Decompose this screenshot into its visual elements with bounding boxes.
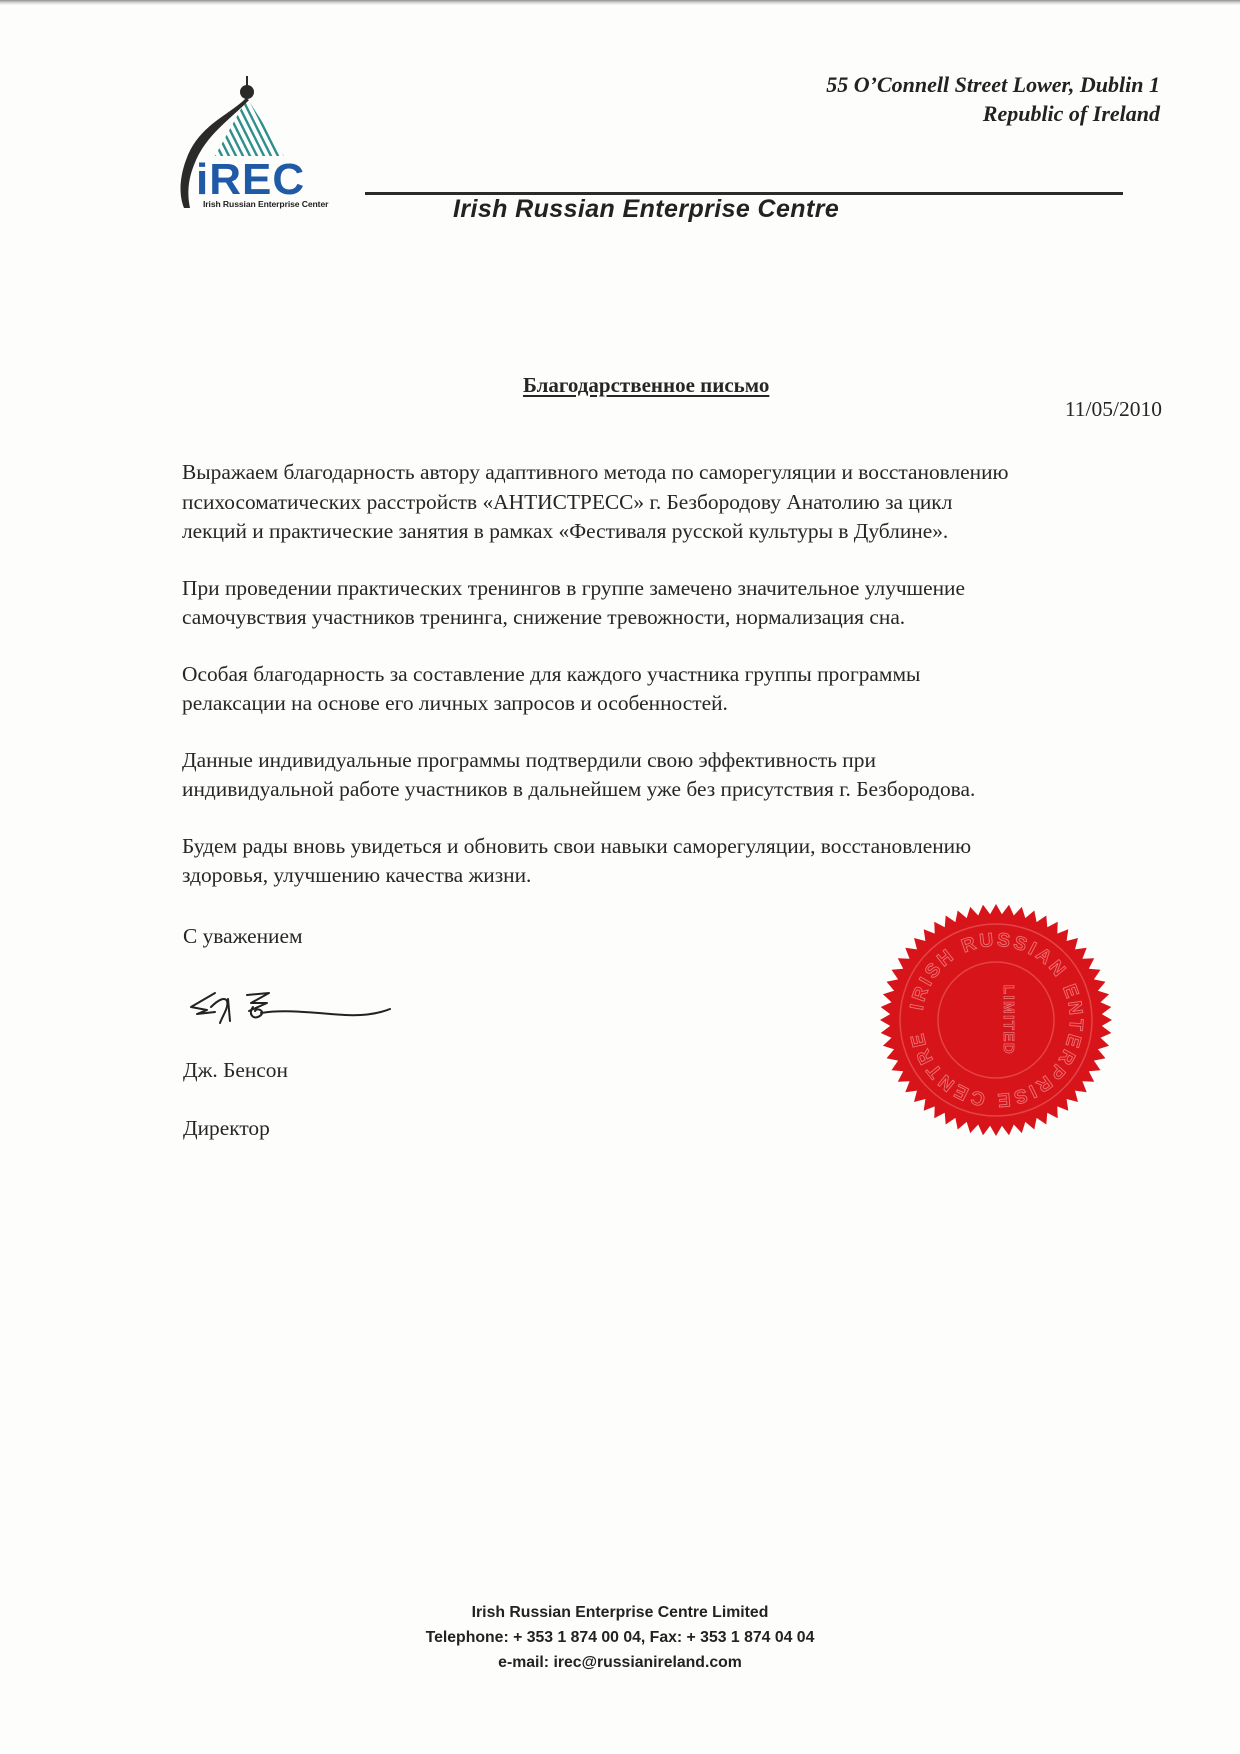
logo-subtitle: Irish Russian Enterprise Center <box>203 199 328 209</box>
paragraph-line: самочувствия участников тренинга, снижен… <box>182 603 1182 633</box>
signature-icon <box>185 985 395 1035</box>
address-line: Republic of Ireland <box>826 99 1160 128</box>
paragraph-line: здоровья, улучшению качества жизни. <box>182 861 1182 891</box>
seal-center-text: LIMITED <box>1000 985 1017 1056</box>
paragraph: Особая благодарность за составление для … <box>182 660 1182 719</box>
paragraph-line: психосоматических расстройств «АНТИСТРЕС… <box>182 488 1182 518</box>
company-name: Irish Russian Enterprise Centre <box>453 195 839 224</box>
letter-title: Благодарственное письмо <box>523 373 769 398</box>
signer-title: Директор <box>183 1116 270 1141</box>
paragraph-line: лекций и практические занятия в рамках «… <box>182 517 1182 547</box>
paragraph-line: Будем рады вновь увидеться и обновить св… <box>182 832 1182 862</box>
paragraph-line: индивидуальной работе участников в дальн… <box>182 775 1182 805</box>
paragraph: Будем рады вновь увидеться и обновить св… <box>182 832 1182 891</box>
address-line: 55 O’Connell Street Lower, Dublin 1 <box>826 70 1160 99</box>
footer-email: e-mail: irec@russianireland.com <box>0 1650 1240 1675</box>
wax-seal-icon: IRISH RUSSIAN ENTERPRISE CENTRE * LIMITE… <box>876 900 1116 1140</box>
closing: С уважением <box>183 924 303 949</box>
paragraph: При проведении практических тренингов в … <box>182 574 1182 633</box>
letter-body: Выражаем благодарность автору адаптивног… <box>182 458 1182 918</box>
address-block: 55 O’Connell Street Lower, Dublin 1 Repu… <box>826 70 1160 128</box>
paragraph-line: Выражаем благодарность автору адаптивног… <box>182 458 1182 488</box>
footer-company: Irish Russian Enterprise Centre Limited <box>0 1600 1240 1625</box>
letter-date: 11/05/2010 <box>1065 397 1162 422</box>
paragraph-line: Данные индивидуальные программы подтверд… <box>182 746 1182 776</box>
onion-dome-icon: iREC <box>170 70 370 220</box>
paragraph-line: Особая благодарность за составление для … <box>182 660 1182 690</box>
signer-name: Дж. Бенсон <box>183 1058 288 1083</box>
footer-contacts: Telephone: + 353 1 874 00 04, Fax: + 353… <box>0 1625 1240 1650</box>
paragraph: Выражаем благодарность автору адаптивног… <box>182 458 1182 547</box>
paragraph-line: При проведении практических тренингов в … <box>182 574 1182 604</box>
paragraph: Данные индивидуальные программы подтверд… <box>182 746 1182 805</box>
footer: Irish Russian Enterprise Centre Limited … <box>0 1600 1240 1675</box>
irec-logo: iREC Irish Russian Enterprise Center <box>170 70 370 220</box>
logo-wordmark: iREC <box>196 155 305 204</box>
scan-edge <box>0 0 1240 5</box>
paragraph-line: релаксации на основе его личных запросов… <box>182 689 1182 719</box>
